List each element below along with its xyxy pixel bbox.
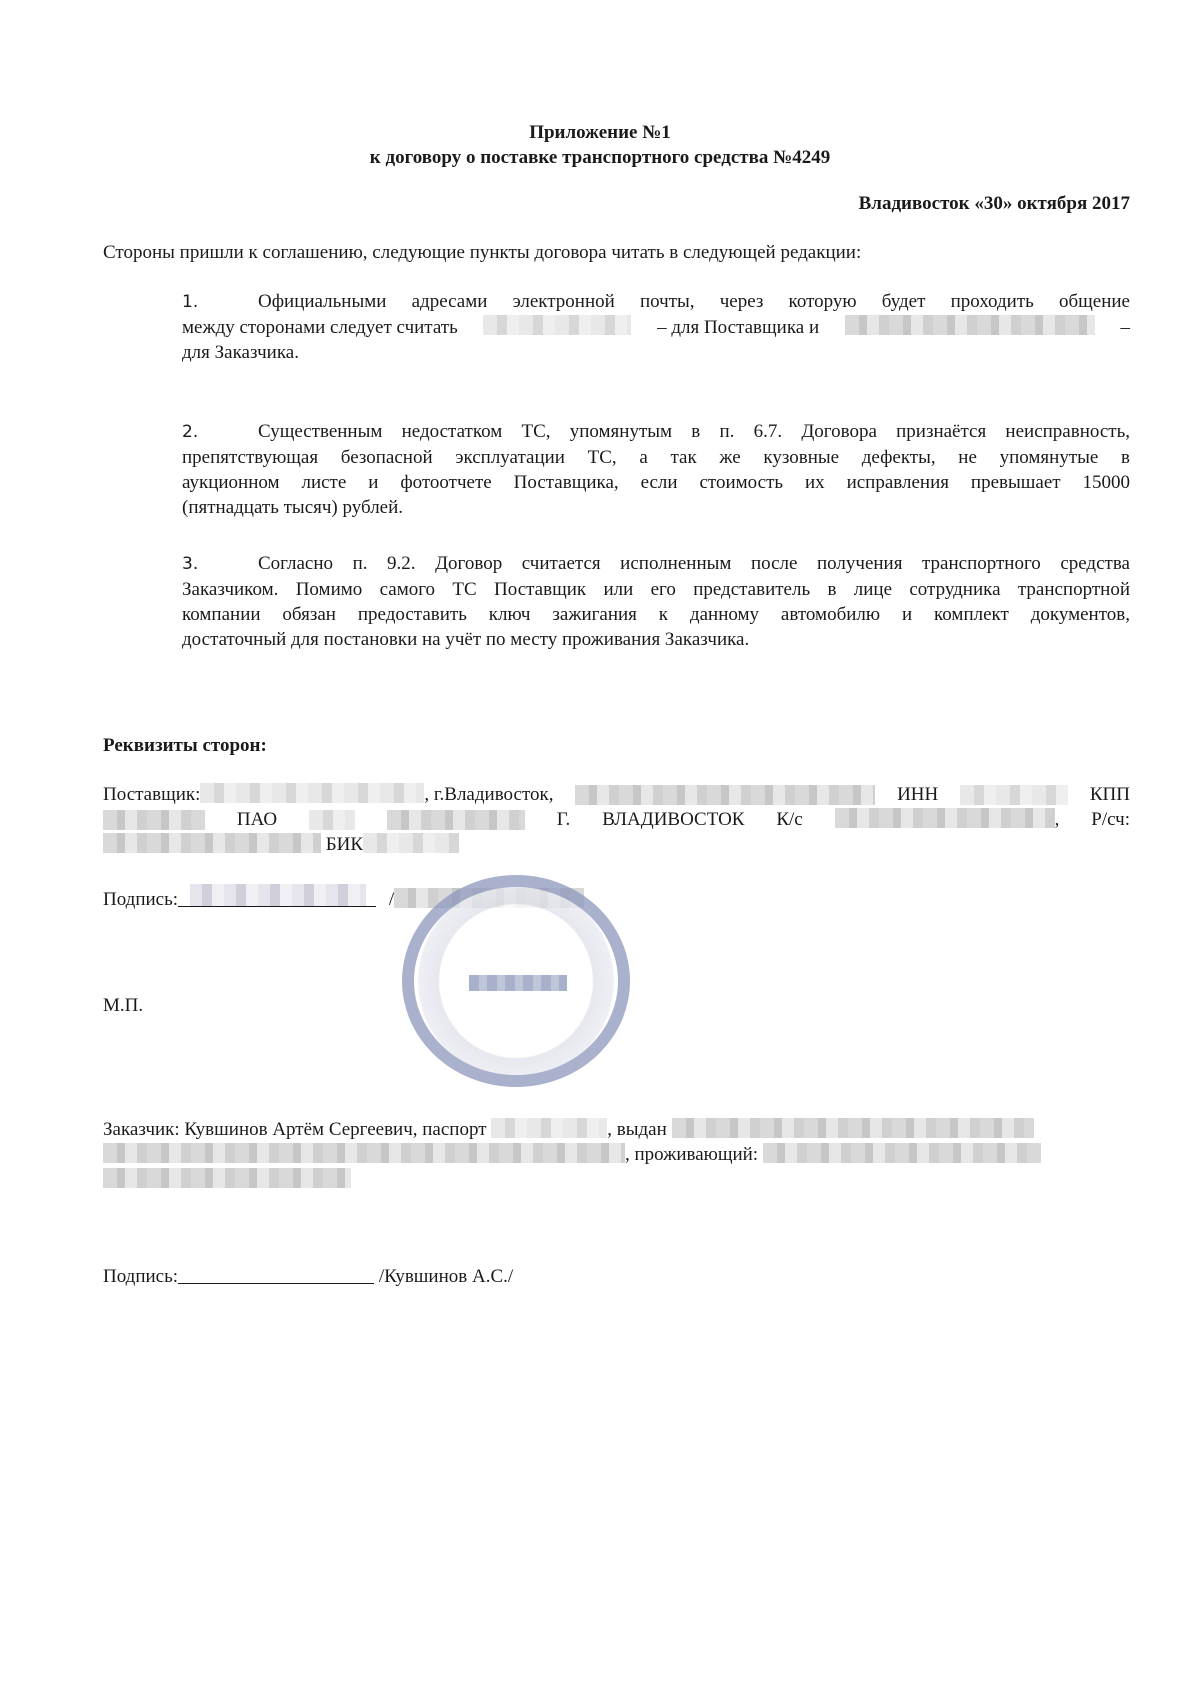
- clause-text: – для Поставщика и: [657, 315, 819, 340]
- redacted-bank-name-2: [387, 810, 525, 830]
- customer-text: Заказчик: Кувшинов Артём Сергеевич, пасп…: [103, 1119, 487, 1140]
- bik-label: БИК: [326, 834, 363, 855]
- signature-label: Подпись:: [103, 889, 178, 910]
- clause-text: Согласно п. 9.2. Договор считается испол…: [258, 553, 1130, 574]
- clause-3: 3.Согласно п. 9.2. Договор считается исп…: [182, 551, 1130, 652]
- clause-1: 1.Официальными адресами электронной почт…: [182, 289, 1130, 365]
- redacted-email-supplier: [483, 315, 631, 335]
- redacted-ks: [835, 808, 1055, 828]
- intro-text: Стороны пришли к соглашению, следующие п…: [103, 240, 861, 265]
- clause-text: для Заказчика.: [182, 340, 1130, 365]
- rs-label: Р/сч:: [1091, 807, 1130, 832]
- kpp-label: КПП: [1090, 782, 1130, 807]
- signature-label: Подпись:: [103, 1266, 178, 1287]
- redacted-bank-name: [309, 810, 355, 830]
- clause-number: 1.: [182, 290, 258, 315]
- company-stamp: [402, 875, 630, 1087]
- customer-text: , проживающий:: [625, 1144, 758, 1165]
- supplier-signature-field: [178, 888, 376, 907]
- place-date: Владивосток «30» октября 2017: [859, 191, 1130, 216]
- clause-text: аукционном листе и фотоотчете Поставщика…: [182, 470, 1130, 495]
- clause-number: 3.: [182, 552, 258, 577]
- clause-text: Официальными адресами электронной почты,…: [258, 291, 1130, 312]
- redacted-bik: [363, 833, 459, 853]
- mp-label: М.П.: [103, 993, 143, 1018]
- requisites-heading: Реквизиты сторон:: [103, 733, 267, 758]
- clause-text: достаточный для постановки на учёт по ме…: [182, 627, 1130, 652]
- stamp-center-text: [469, 975, 567, 991]
- bank-label: ПАО: [237, 807, 277, 832]
- document-subtitle: к договору о поставке транспортного сред…: [0, 147, 1200, 169]
- redacted-rs: [103, 833, 321, 853]
- redacted-signature: [190, 884, 366, 906]
- city-g: Г.: [557, 807, 571, 832]
- redacted-address: [763, 1143, 1041, 1163]
- supplier-city: , г.Владивосток,: [424, 784, 553, 805]
- redacted-kpp: [103, 810, 205, 830]
- clause-text: между сторонами следует считать: [182, 315, 458, 340]
- redacted-passport-issuer: [672, 1118, 1034, 1138]
- document-title: Приложение №1: [0, 122, 1200, 144]
- customer-signature-line: Подпись: /Кувшинов А.С./: [103, 1264, 513, 1289]
- supplier-label: Поставщик:: [103, 784, 200, 805]
- comma: ,: [1055, 809, 1060, 830]
- customer-block: Заказчик: Кувшинов Артём Сергеевич, пасп…: [103, 1117, 1133, 1192]
- redacted-supplier-address: [575, 785, 875, 805]
- clause-2: 2.Существенным недостатком ТС, упомянуты…: [182, 419, 1130, 520]
- clause-text: –: [1120, 315, 1130, 340]
- clause-text: препятствующая безопасной эксплуатации Т…: [182, 445, 1130, 470]
- redacted-supplier-name: [200, 783, 424, 803]
- inn-label: ИНН: [897, 782, 938, 807]
- redacted-passport-issuer-2: [103, 1143, 625, 1163]
- redacted-inn: [960, 785, 1068, 805]
- redacted-address-2: [103, 1168, 351, 1188]
- supplier-block: Поставщик:, г.Владивосток, ИНН КПП ПАО Г…: [103, 782, 1130, 857]
- clause-text: компании обязан предоставить ключ зажига…: [182, 602, 1130, 627]
- ks-label: К/с: [776, 807, 802, 832]
- customer-signature-field: [178, 1265, 374, 1284]
- clause-text: Существенным недостатком ТС, упомянутым …: [258, 421, 1130, 442]
- redacted-passport: [491, 1118, 607, 1138]
- clause-text: (пятнадцать тысяч) рублей.: [182, 495, 1130, 520]
- customer-signature-name: /Кувшинов А.С./: [379, 1266, 513, 1287]
- city-vladivostok: ВЛАДИВОСТОК: [602, 807, 744, 832]
- customer-text: , выдан: [607, 1119, 667, 1140]
- clause-text: Заказчиком. Помимо самого ТС Поставщик и…: [182, 577, 1130, 602]
- redacted-email-customer: [845, 315, 1095, 335]
- clause-number: 2.: [182, 420, 258, 445]
